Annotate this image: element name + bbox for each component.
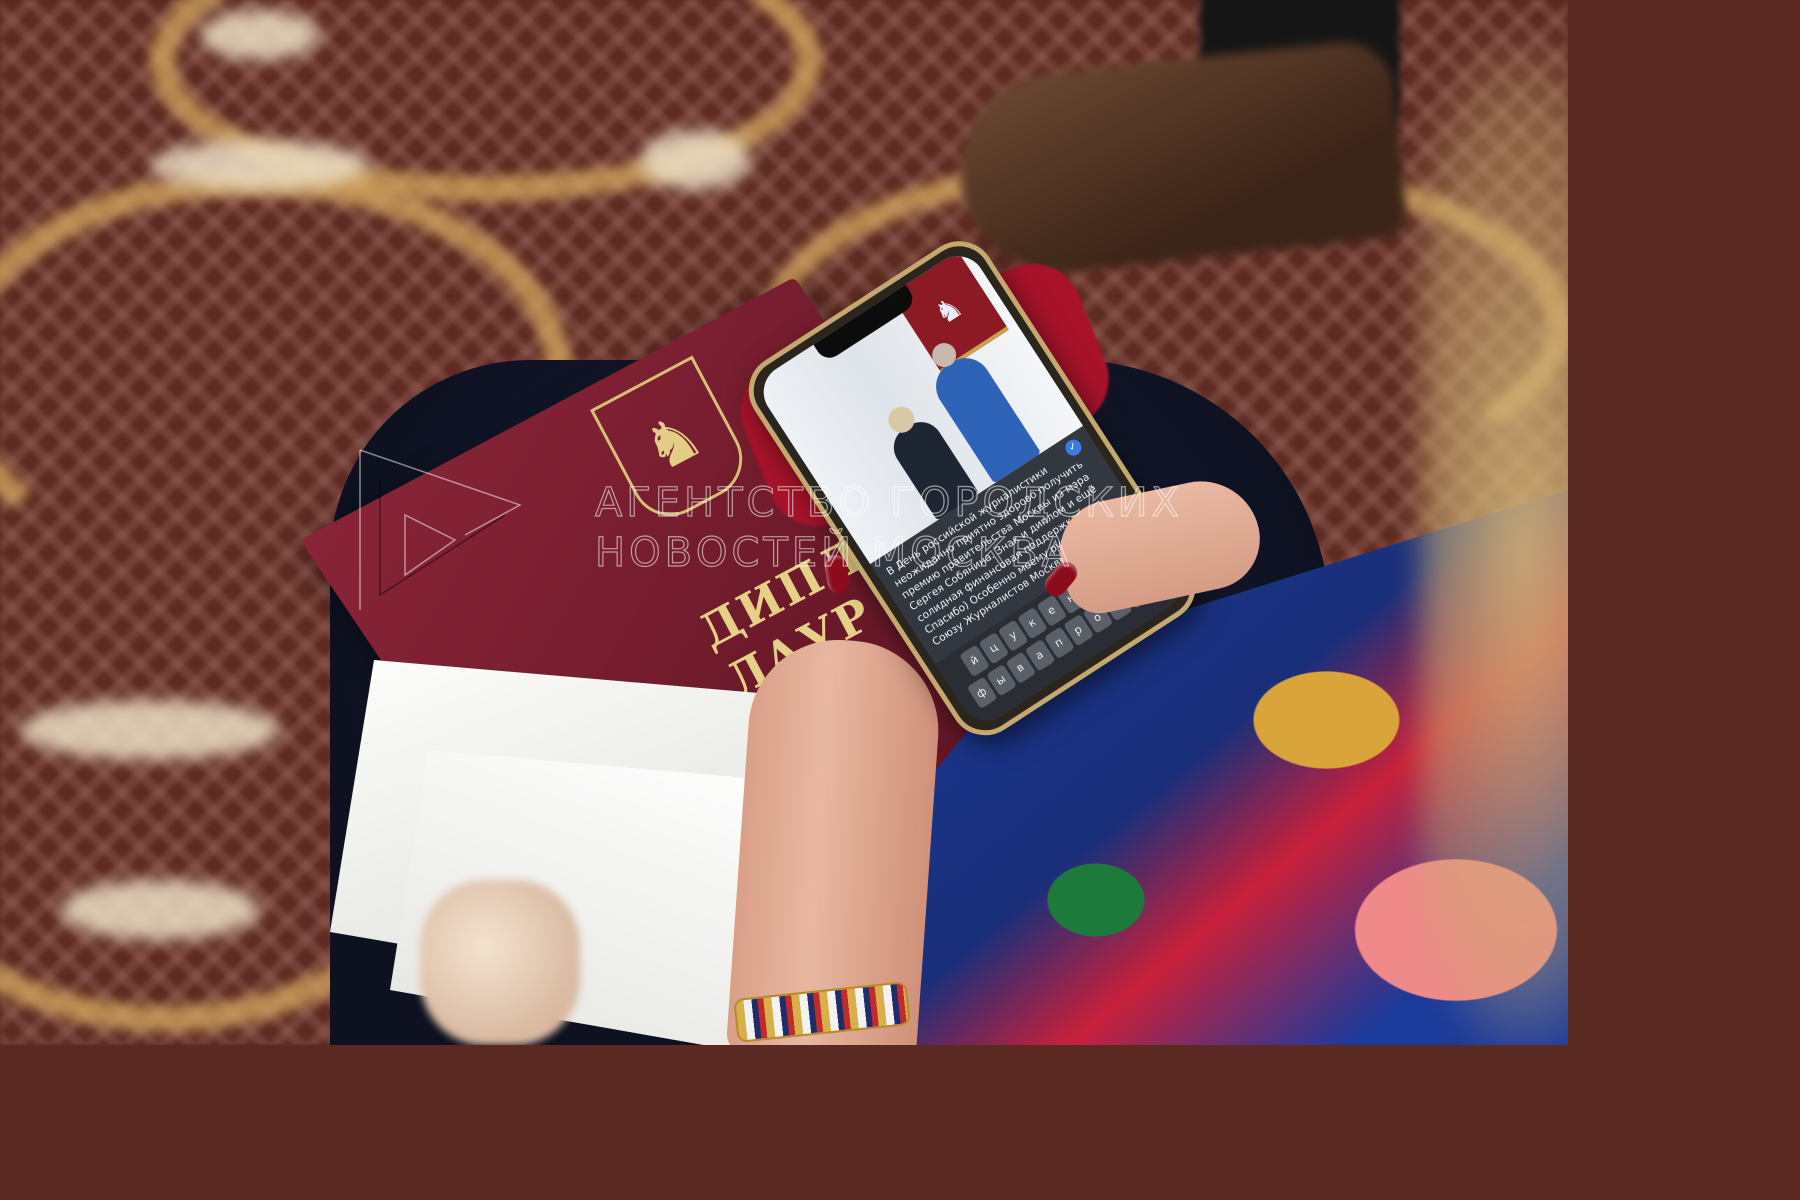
hair — [1420, 40, 1568, 1045]
carpet-ornament — [200, 10, 320, 60]
carpet-ornament — [640, 130, 750, 190]
watermark-line: НОВОСТЕЙ МОСКВА — [595, 528, 1183, 578]
arm — [726, 634, 945, 1045]
carpet-ornament — [20, 700, 280, 760]
bouquet — [420, 880, 580, 1045]
agency-logo-icon — [355, 445, 525, 615]
carpet-ornament — [60, 880, 260, 940]
watermark-line: АГЕНТСТВО ГОРОДСКИХ — [595, 478, 1183, 528]
carpet-ornament — [150, 140, 370, 190]
agency-watermark: АГЕНТСТВО ГОРОДСКИХ НОВОСТЕЙ МОСКВА — [595, 478, 1183, 578]
